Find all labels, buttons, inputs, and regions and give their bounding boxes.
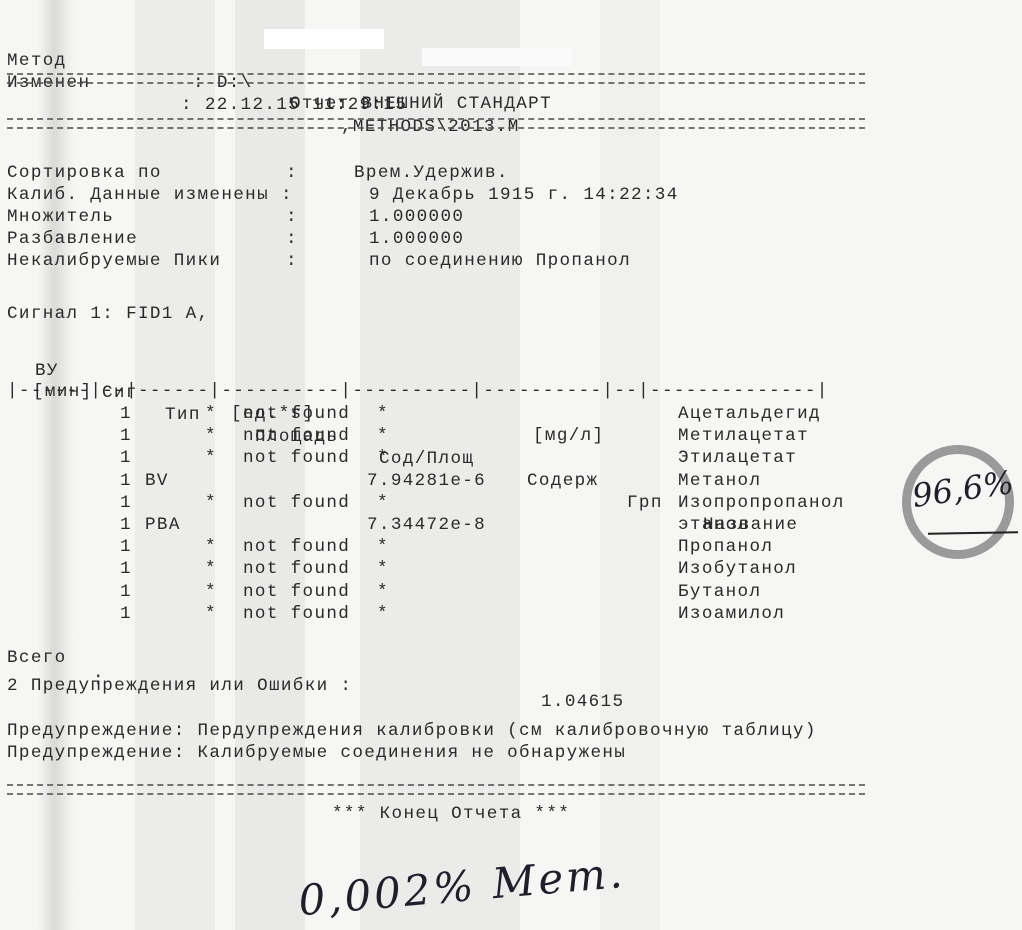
- cell-area: not found: [243, 558, 350, 580]
- signal-label: Сигнал 1: FID1 A,: [7, 303, 209, 325]
- separator: [7, 118, 865, 129]
- settings-label: Множитель: [7, 206, 114, 228]
- cell-name: Ацетальдегид: [678, 403, 821, 425]
- total-label: Всего: [7, 647, 67, 669]
- settings-sep: :: [286, 162, 298, 184]
- cell-area: not found: [243, 425, 350, 447]
- cell-amt-area: *: [377, 603, 389, 625]
- cell-amt-area: *: [377, 536, 389, 558]
- settings-value: 1.000000: [369, 228, 464, 250]
- cell-amt-area: *: [377, 447, 389, 469]
- settings-sep: :: [286, 206, 298, 228]
- cell-area: not found: [243, 403, 350, 425]
- cell-type: BV: [145, 470, 169, 492]
- cell-flag: *: [205, 425, 217, 447]
- col-header-amount: Содерж: [527, 470, 598, 492]
- table-header-units-row: [мин] [ед.*s] [мg/л]: [7, 359, 55, 469]
- table-divider: |------|--|------|----------|----------|…: [7, 380, 829, 402]
- cell-flag: *: [205, 558, 217, 580]
- col-header-type: Тип: [165, 404, 201, 426]
- redacted-path: [264, 29, 384, 49]
- settings-label: Калиб. Данные изменены: [7, 184, 269, 206]
- handwritten-bottom-note: 0,002% Мет.: [296, 848, 627, 925]
- cell-amt-area: *: [377, 403, 389, 425]
- cell-amt-area: *: [377, 558, 389, 580]
- warnings-summary: 2 Предупреждения или Ошибки :: [7, 675, 352, 697]
- cell-area: not found: [243, 536, 350, 558]
- cell-name: Метилацетат: [678, 425, 809, 447]
- separator: [7, 73, 865, 84]
- cell-sig: 1: [120, 492, 132, 514]
- cell-sig: 1: [120, 403, 132, 425]
- settings-sep: :: [286, 228, 298, 250]
- cell-sig: 1: [120, 581, 132, 603]
- cell-amt-area: *: [377, 581, 389, 603]
- cell-name: Изопропропанол: [678, 492, 845, 514]
- cell-amt-area: 7.34472e-8: [367, 514, 486, 536]
- cell-area: not found: [243, 447, 350, 469]
- settings-value: 1.000000: [369, 206, 464, 228]
- settings-label: Сортировка по: [7, 162, 162, 184]
- cell-name: Пропанол: [678, 536, 773, 558]
- cell-name: Бутанол: [678, 581, 761, 603]
- separator: [7, 784, 865, 795]
- settings-label: Некалибруемые Пики: [7, 250, 221, 272]
- cell-sig: 1: [120, 603, 132, 625]
- cell-name: Изоамилол: [678, 603, 785, 625]
- cell-flag: *: [205, 447, 217, 469]
- cell-sig: 1: [120, 514, 132, 536]
- cell-sig: 1: [120, 447, 132, 469]
- cell-flag: *: [205, 581, 217, 603]
- redacted-area: [422, 48, 572, 66]
- cell-name: Метанол: [678, 470, 761, 492]
- settings-value: 9 Декабрь 1915 г. 14:22:34: [369, 184, 679, 206]
- cell-sig: 1: [120, 558, 132, 580]
- warning-item: Предупреждение: Калибруемые соединения н…: [7, 742, 626, 764]
- settings-label: Разбавление: [7, 228, 138, 250]
- cell-flag: *: [205, 403, 217, 425]
- cell-type: PBA: [145, 514, 181, 536]
- cell-sig: 1: [120, 470, 132, 492]
- settings-value: Врем.Удержив.: [354, 162, 509, 184]
- cell-amt-area: *: [377, 425, 389, 447]
- cell-flag: *: [205, 492, 217, 514]
- cell-name: Изобутанол: [678, 558, 797, 580]
- end-of-report: *** Конец Отчета ***: [332, 803, 570, 825]
- cell-area: not found: [243, 603, 350, 625]
- cell-name: этанол: [678, 514, 749, 536]
- report-title: Отчет ВНЕШНИЙ СТАНДАРТ: [290, 93, 552, 115]
- cell-area: not found: [243, 492, 350, 514]
- settings-sep: :: [286, 250, 298, 272]
- cell-name: Этилацетат: [678, 447, 797, 469]
- total-value: 1.04615: [541, 691, 624, 713]
- col-header-amt-area: Сод/Площ: [379, 448, 474, 470]
- settings-value: по соединению Пропанол: [369, 250, 631, 272]
- cell-area: not found: [243, 581, 350, 603]
- cell-flag: *: [205, 536, 217, 558]
- cell-flag: *: [205, 603, 217, 625]
- cell-amt-area: *: [377, 492, 389, 514]
- warning-item: Предупреждение: Пердупреждения калибровк…: [7, 720, 817, 742]
- col-header-grp: Грп: [627, 492, 663, 514]
- cell-sig: 1: [120, 425, 132, 447]
- col-unit-amount: [мg/л]: [533, 425, 604, 447]
- settings-sep: :: [281, 184, 293, 206]
- cell-amt-area: 7.94281e-6: [367, 470, 486, 492]
- cell-sig: 1: [120, 536, 132, 558]
